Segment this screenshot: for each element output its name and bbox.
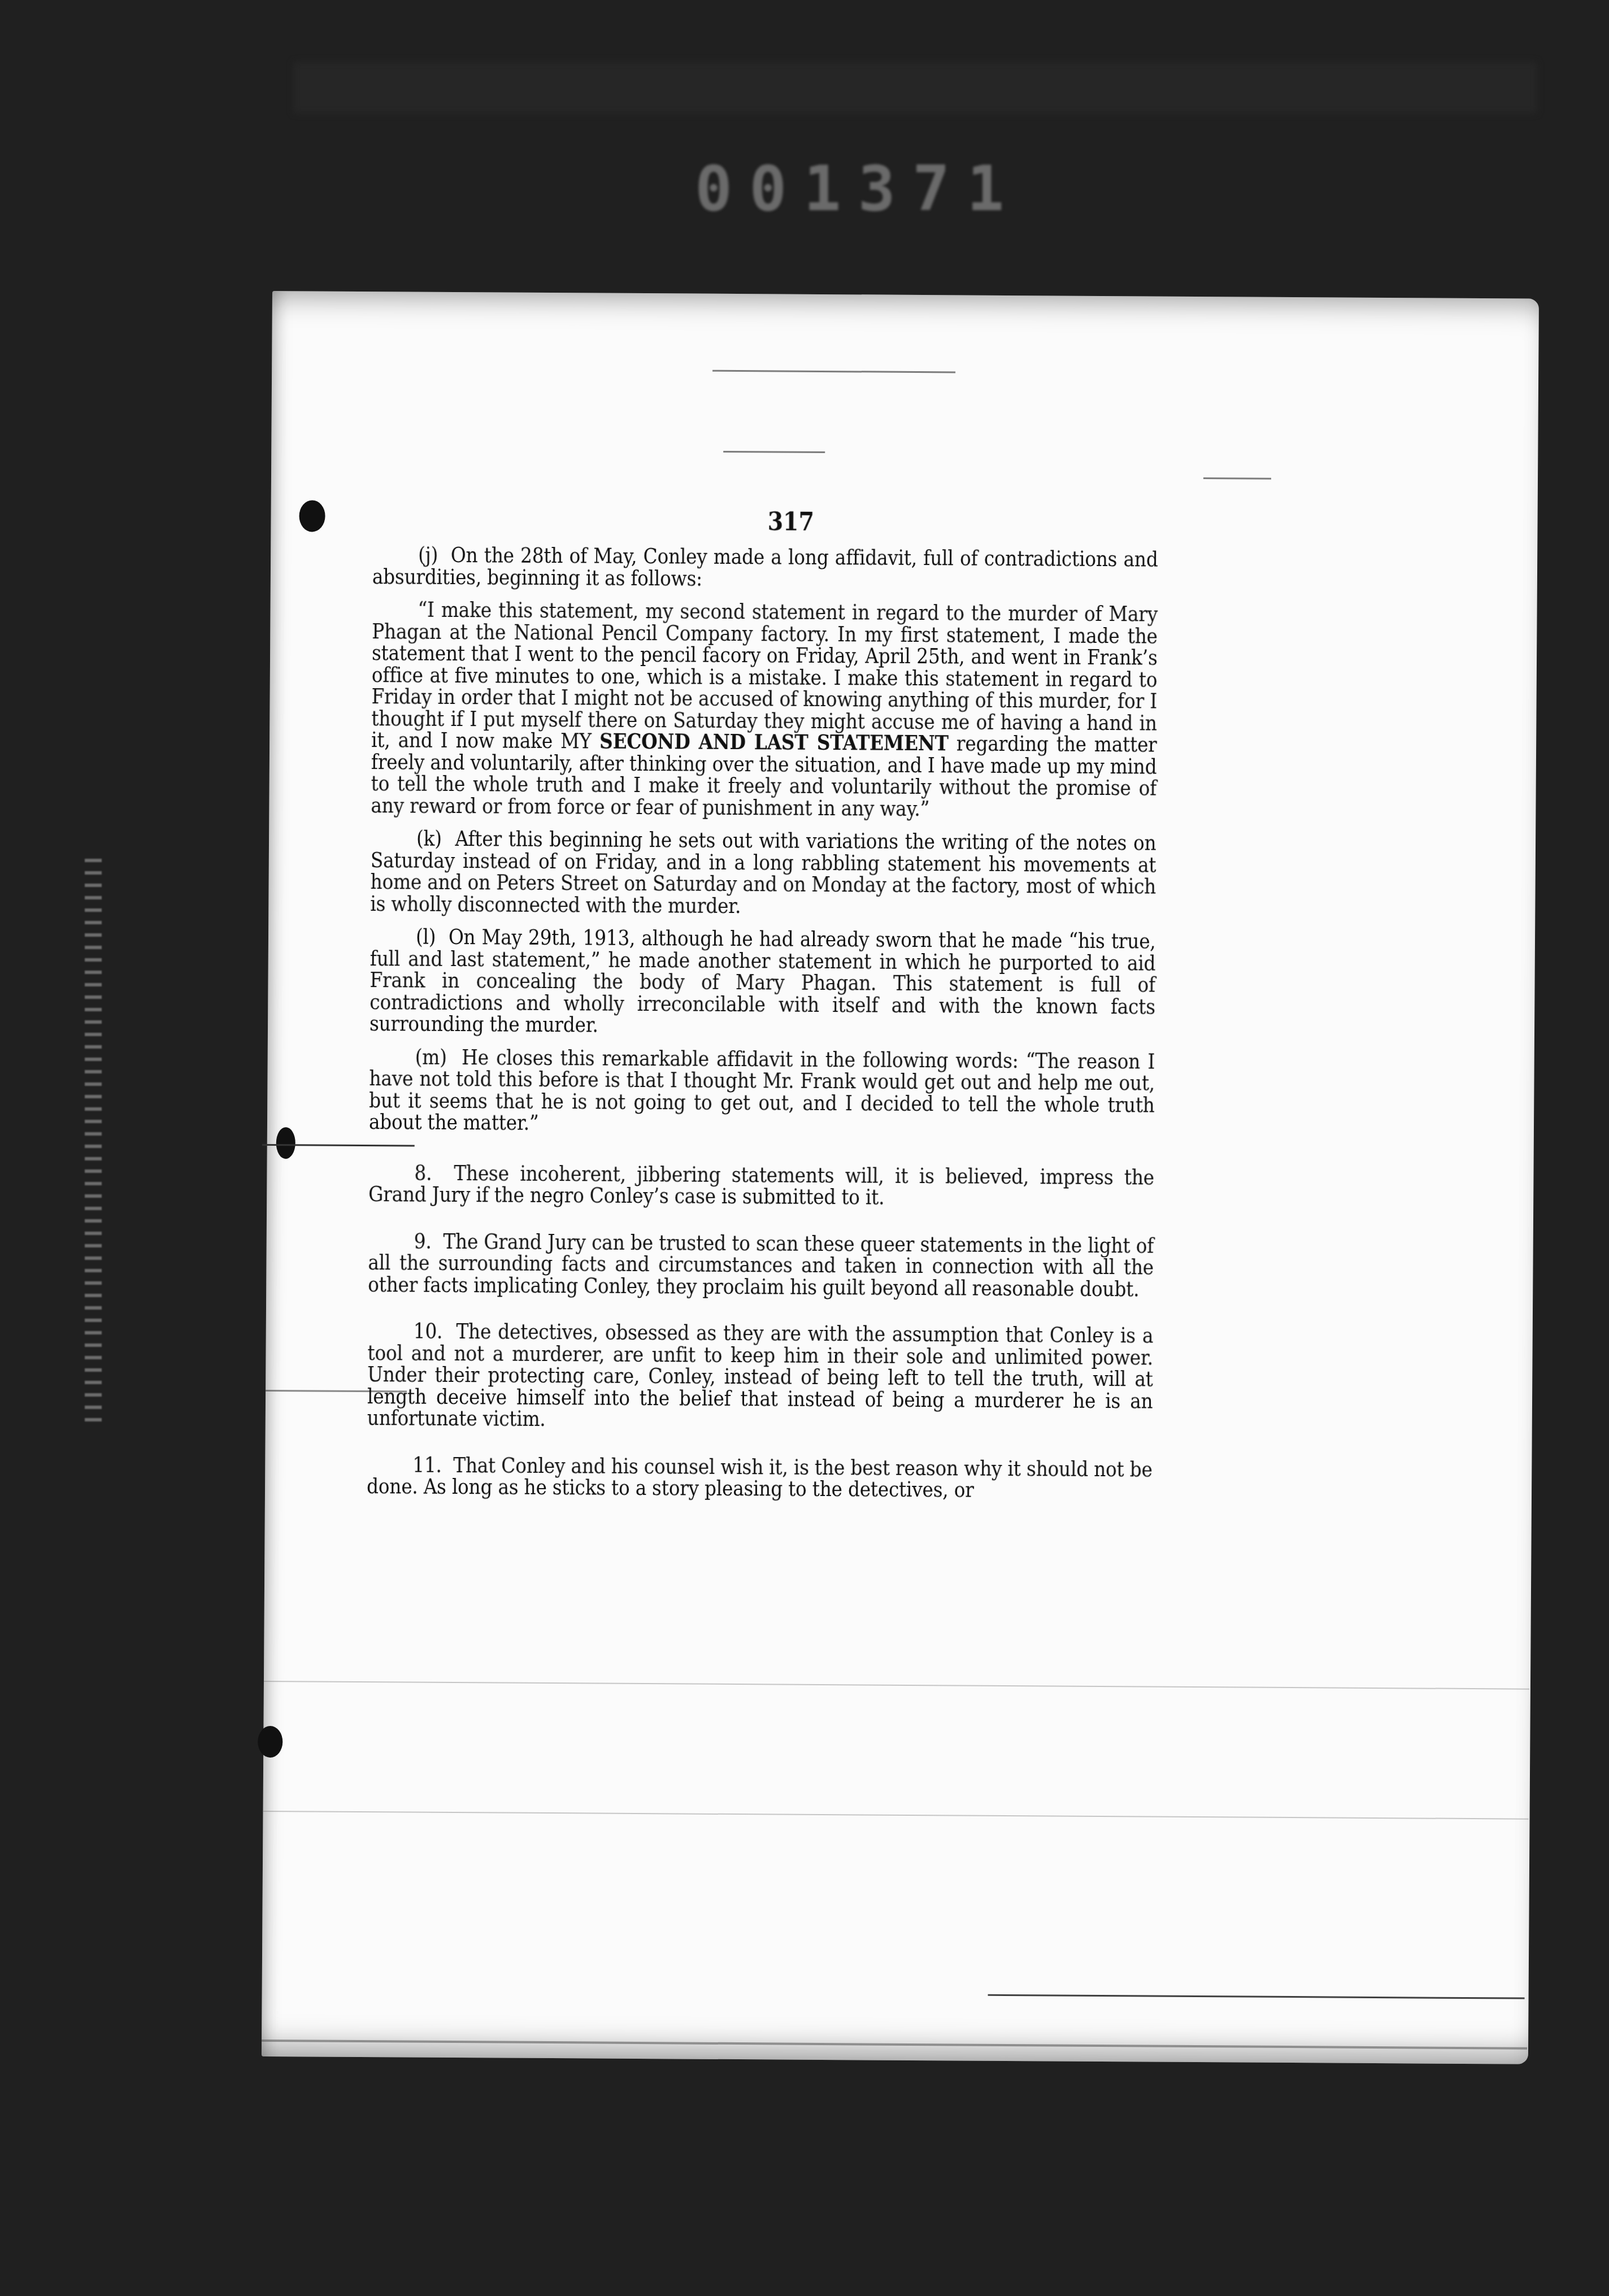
- paragraph-text: On the 28th of May, Conley made a long a…: [372, 543, 1158, 590]
- paragraph-text: After this beginning he sets out with va…: [370, 827, 1156, 918]
- scan-artifact-line: [263, 1811, 1529, 1820]
- paragraph-number: 8.: [414, 1160, 432, 1185]
- binding-hole: [299, 500, 325, 532]
- paragraph-number: 10.: [414, 1319, 443, 1343]
- paragraph-m: (m) He closes this remarkable affidavit …: [369, 1046, 1155, 1138]
- paragraph-10: 10. The detectives, obsessed as they are…: [367, 1320, 1154, 1434]
- document-page: 317 (j) On the 28th of May, Conley made …: [262, 291, 1539, 2064]
- paragraph-text: On May 29th, 1913, although he had alrea…: [369, 925, 1156, 1037]
- paragraph-text: The detectives, obsessed as they are wit…: [367, 1319, 1154, 1431]
- paragraph-text: The Grand Jury can be trusted to scan th…: [368, 1229, 1154, 1301]
- binding-hole: [276, 1127, 295, 1159]
- paragraph-k: (k) After this beginning he sets out wit…: [370, 828, 1156, 919]
- document-body: 317 (j) On the 28th of May, Conley made …: [367, 509, 1158, 1514]
- film-smudge: [294, 62, 1537, 113]
- paragraph-8: 8. These incoherent, jibbering statement…: [368, 1162, 1154, 1210]
- paragraph-number: 11.: [412, 1453, 442, 1477]
- paragraph-l: (l) On May 29th, 1913, although he had a…: [369, 926, 1156, 1040]
- paragraph-9: 9. The Grand Jury can be trusted to scan…: [368, 1230, 1154, 1301]
- paragraph-label: (m): [415, 1045, 447, 1069]
- paragraph-label: (j): [418, 543, 438, 567]
- binding-hole: [258, 1726, 282, 1758]
- paragraph-label: (k): [416, 827, 442, 851]
- scan-artifact-line: [1203, 477, 1271, 480]
- affidavit-quote: “I make this statement, my second statem…: [371, 599, 1158, 821]
- paragraph-11: 11. That Conley and his counsel wish it,…: [367, 1454, 1153, 1502]
- film-edge-artifact: [85, 859, 102, 1424]
- paragraph-text: These incoherent, jibbering statements w…: [368, 1160, 1154, 1209]
- paragraph-label: (l): [416, 925, 436, 949]
- paragraph-number: 9.: [414, 1229, 432, 1253]
- scan-artifact-line: [264, 1681, 1529, 1690]
- scan-artifact-line: [723, 451, 825, 453]
- paragraph-text: He closes this remarkable affidavit in t…: [369, 1045, 1155, 1135]
- paragraph-text: That Conley and his counsel wish it, is …: [367, 1453, 1153, 1502]
- microfilm-frame-number: 001371: [695, 153, 1021, 225]
- scan-artifact-line: [988, 1994, 1525, 1999]
- scan-artifact-line: [262, 2040, 1527, 2050]
- paragraph-j: (j) On the 28th of May, Conley made a lo…: [372, 544, 1158, 592]
- scan-artifact-line: [712, 370, 955, 373]
